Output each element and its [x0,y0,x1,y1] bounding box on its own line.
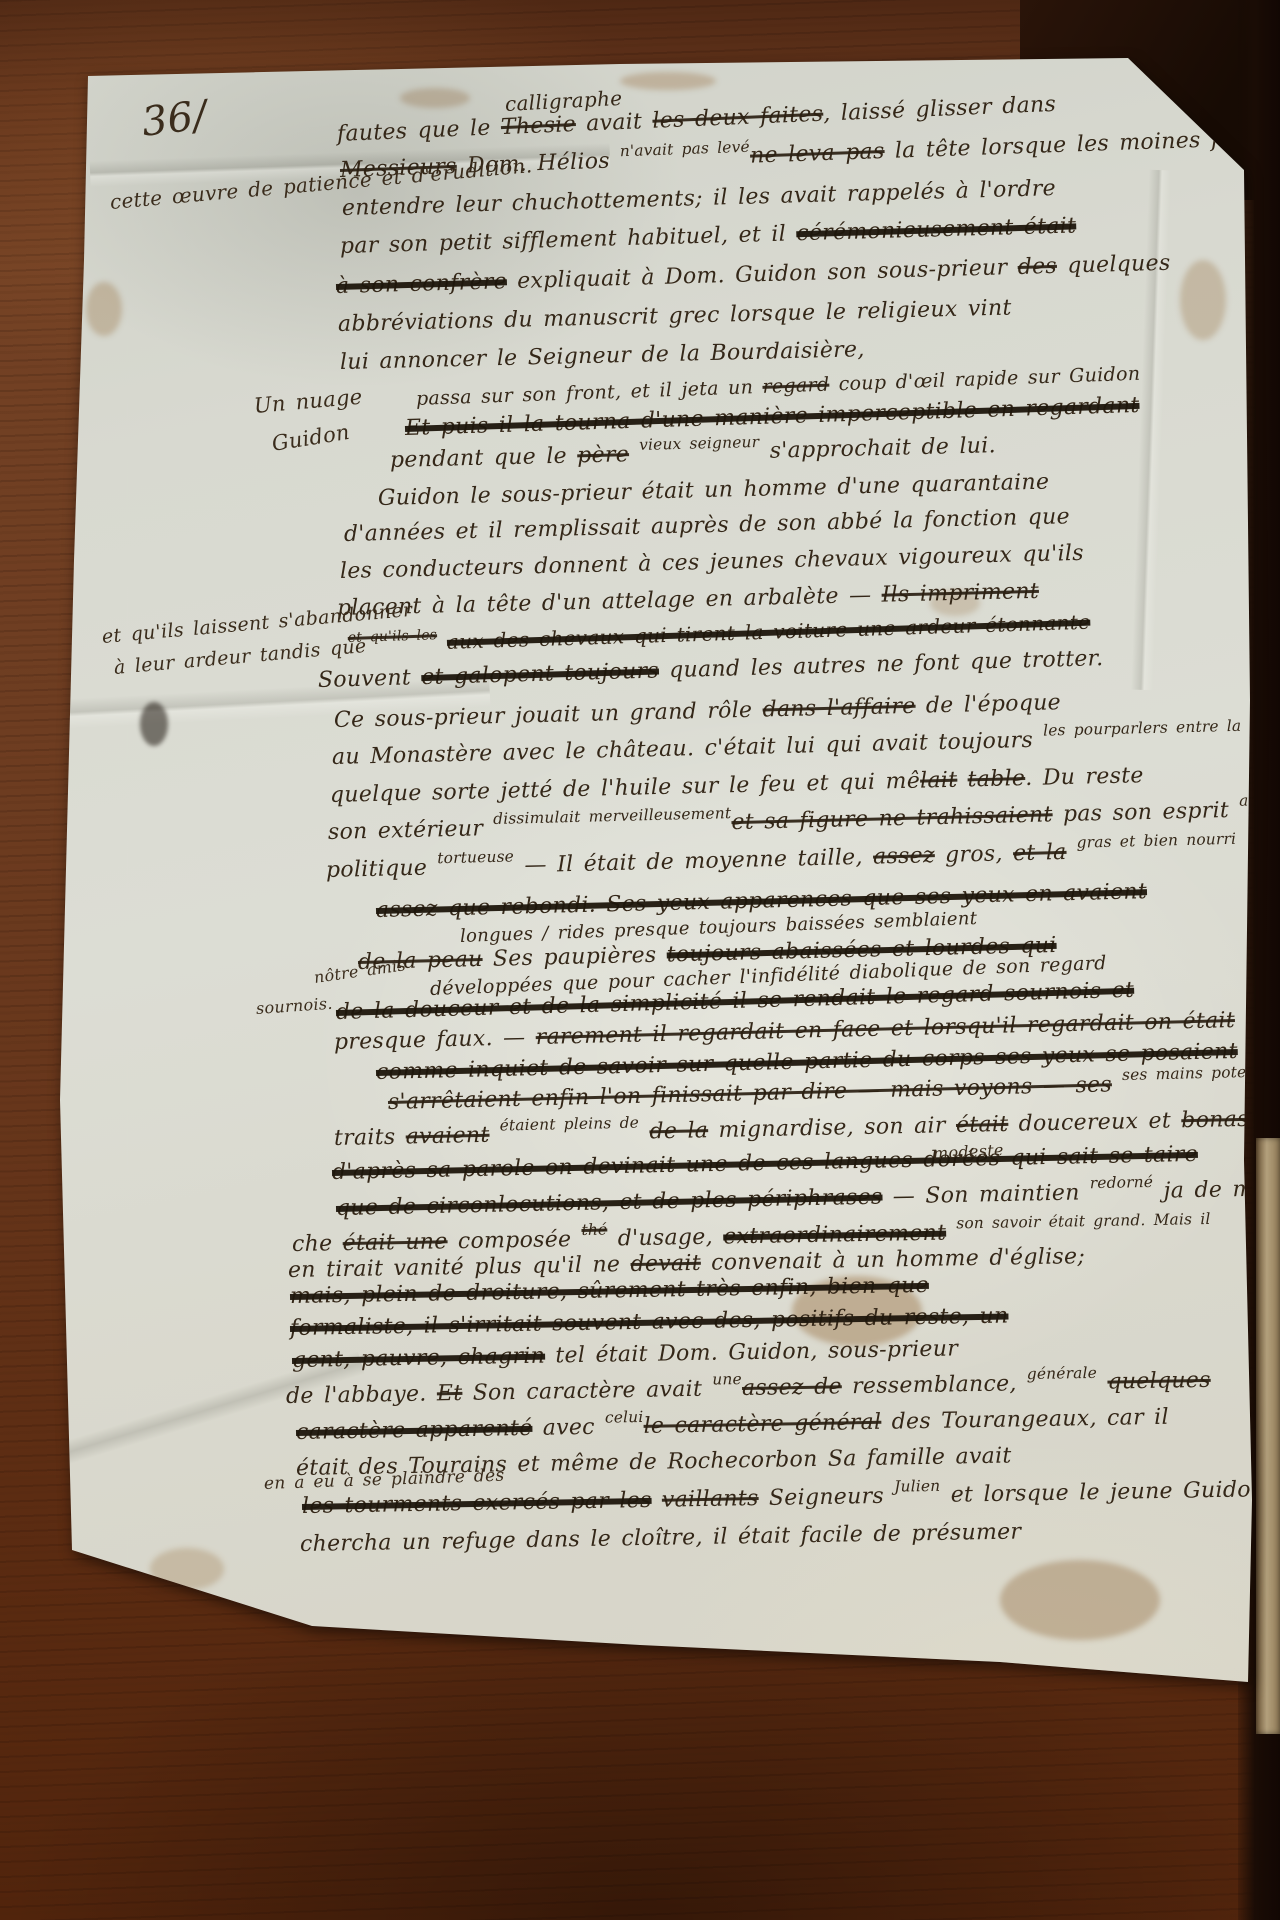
margin-note: Guidon [270,420,351,456]
manuscript-line: Ce sous-prieur jouait un grand rôle dans… [334,690,1062,733]
manuscript-line: politique tortueuse — Il était de moyenn… [326,836,1237,883]
manuscript-line: les conducteurs donnent à ces jeunes che… [340,541,1084,584]
photo-scene: 36/ calligraphefautes que le Thesie avai… [0,0,1280,1920]
margin-note: sournois. [255,994,333,1018]
manuscript-line: Guidon le sous-prieur était un homme d'u… [378,470,1050,511]
manuscript-line: formaliste, il s'irritait souvent avec d… [290,1303,1009,1341]
manuscript-line: d'après sa parole on devinait une de ces… [332,1142,1198,1185]
manuscript-line: à son confrère expliquait à Dom. Guidon … [336,251,1171,299]
manuscript-line: caractère apparenté avec celuile caractè… [296,1405,1169,1445]
manuscript-line: de l'abbaye. Et Son caractère avait unea… [286,1368,1211,1409]
margin-note: modeste [933,1140,1005,1163]
manuscript-line: abbréviations du manuscrit grec lorsque … [338,296,1012,337]
manuscript-line: chercha un refuge dans le cloître, il ét… [300,1519,1022,1557]
manuscript-line: d'années et il remplissait auprès de son… [344,504,1071,547]
manuscript-line: par son petit sifflement habituel, et il… [340,213,1077,259]
manuscript-line: quelque sorte jetté de l'huile sur le fe… [330,763,1144,808]
margin-note: Un nuage [253,385,363,418]
manuscript-line: pendant que le père vieux seigneur s'app… [390,433,996,473]
manuscript-line: lui annoncer le Seigneur de la Bourdaisi… [340,337,865,375]
manuscript-line: gent, pauvre, chagrin tel était Dom. Gui… [292,1336,958,1373]
page-number: 36/ [139,92,209,146]
